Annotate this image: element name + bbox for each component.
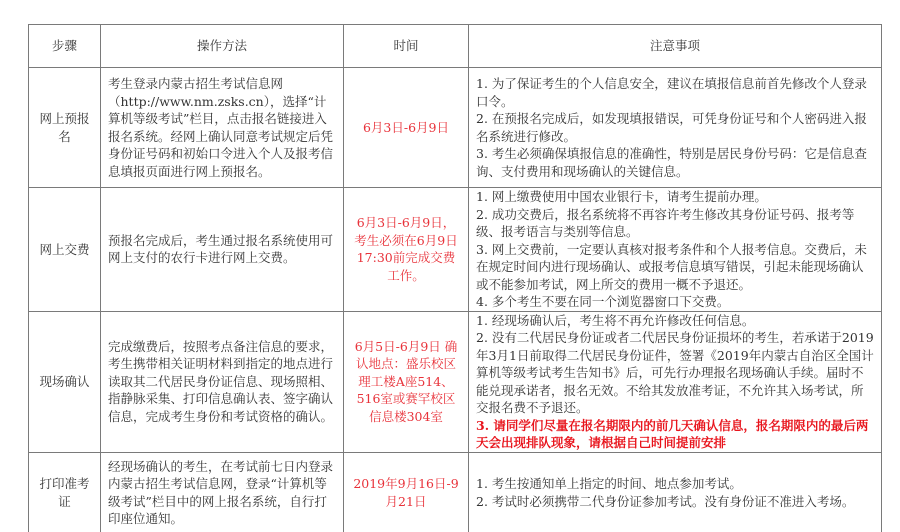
alert-note: 3. 请同学们尽量在报名期限内的前几天确认信息，报名期限内的最后两天会出现排队现…	[476, 417, 874, 452]
table-header-row: 步骤 操作方法 时间 注意事项	[29, 25, 882, 68]
time-cell: 2019年9月16日-9月21日	[344, 452, 469, 532]
registration-process-table: 步骤 操作方法 时间 注意事项 网上预报名 考生登录内蒙古招生考试信息网（htt…	[28, 24, 882, 532]
note-item: 1. 考生按通知单上指定的时间、地点参加考试。	[476, 475, 874, 493]
notes-cell: 1. 网上缴费使用中国农业银行卡，请考生提前办理。 2. 成功交费后，报名系统将…	[469, 188, 882, 312]
note-item: 1. 网上缴费使用中国农业银行卡，请考生提前办理。	[476, 188, 874, 206]
time-cell: 6月3日-6月9日，考生必须在6月9日17:30前完成交费工作。	[344, 188, 469, 312]
method-cell: 完成缴费后，按照考点备注信息的要求，考生携带相关证明材料到指定的地点进行读取其二…	[101, 311, 344, 452]
time-cell: 6月3日-6月9日	[344, 68, 469, 188]
note-item: 4. 多个考生不要在同一个浏览器窗口下交费。	[476, 293, 874, 311]
step-cell: 现场确认	[29, 311, 101, 452]
header-method: 操作方法	[101, 25, 344, 68]
step-cell: 网上预报名	[29, 68, 101, 188]
header-time: 时间	[344, 25, 469, 68]
header-notes: 注意事项	[469, 25, 882, 68]
note-item: 2. 成功交费后，报名系统将不再容许考生修改其身份证号码、报考等级、报考语言与类…	[476, 206, 874, 241]
table-row: 打印准考证 经现场确认的考生，在考试前七日内登录内蒙古招生考试信息网，登录“计算…	[29, 452, 882, 532]
method-cell: 考生登录内蒙古招生考试信息网（http://www.nm.zsks.cn），选择…	[101, 68, 344, 188]
notes-cell: 1. 为了保证考生的个人信息安全，建议在填报信息前首先修改个人登录口令。 2. …	[469, 68, 882, 188]
method-cell: 预报名完成后，考生通过报名系统使用可网上支付的农行卡进行网上交费。	[101, 188, 344, 312]
table-row: 网上预报名 考生登录内蒙古招生考试信息网（http://www.nm.zsks.…	[29, 68, 882, 188]
table-row: 网上交费 预报名完成后，考生通过报名系统使用可网上支付的农行卡进行网上交费。 6…	[29, 188, 882, 312]
notes-cell: 1. 考生按通知单上指定的时间、地点参加考试。 2. 考试时必须携带二代身份证参…	[469, 452, 882, 532]
header-step: 步骤	[29, 25, 101, 68]
note-item: 3. 考生必须确保填报信息的准确性，特别是居民身份号码：它是信息查询、支付费用和…	[476, 145, 874, 180]
step-cell: 打印准考证	[29, 452, 101, 532]
method-cell: 经现场确认的考生，在考试前七日内登录内蒙古招生考试信息网，登录“计算机等级考试”…	[101, 452, 344, 532]
note-item: 1. 为了保证考生的个人信息安全，建议在填报信息前首先修改个人登录口令。	[476, 75, 874, 110]
note-item: 3. 网上交费前，一定要认真核对报考条件和个人报考信息。交费后，未在规定时间内进…	[476, 241, 874, 294]
time-cell: 6月5日-6月9日 确认地点：盛乐校区理工楼A座514、516室或赛罕校区信息楼…	[344, 311, 469, 452]
table-row: 现场确认 完成缴费后，按照考点备注信息的要求，考生携带相关证明材料到指定的地点进…	[29, 311, 882, 452]
note-item: 2. 在预报名完成后，如发现填报错误，可凭身份证号和个人密码进入报名系统进行修改…	[476, 110, 874, 145]
note-item: 1. 经现场确认后，考生将不再允许修改任何信息。	[476, 312, 874, 330]
notes-cell: 1. 经现场确认后，考生将不再允许修改任何信息。 2. 没有二代居民身份证或者二…	[469, 311, 882, 452]
step-cell: 网上交费	[29, 188, 101, 312]
note-item: 2. 考试时必须携带二代身份证参加考试。没有身份证不准进入考场。	[476, 493, 874, 511]
note-item: 2. 没有二代居民身份证或者二代居民身份证损坏的考生，若承诺于2019年3月1日…	[476, 329, 874, 417]
